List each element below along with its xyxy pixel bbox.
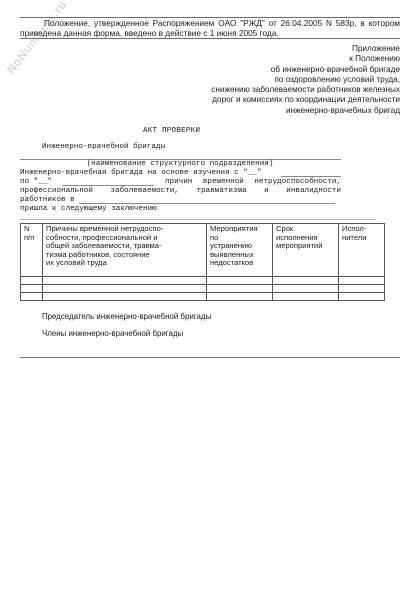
period-field[interactable]: [62, 178, 154, 186]
table-cell[interactable]: [21, 285, 43, 293]
table-cell[interactable]: [43, 293, 207, 301]
act-body: Инженерно-врачебная бригада на основе из…: [20, 169, 341, 214]
col-header-measures: Мероприятия по устранению выявленных нед…: [207, 224, 273, 277]
table-cell[interactable]: [207, 285, 273, 293]
appendix-reference: Приложение к Положению об инженерно-врач…: [140, 44, 400, 116]
body-word: травматизма: [196, 187, 246, 196]
table-row: [21, 277, 385, 285]
effective-notice: Положение, утвержденное Распоряжением ОА…: [20, 18, 400, 38]
col-header-number: N п/п: [21, 224, 43, 277]
col-header-executors: Испол- нители: [339, 224, 385, 277]
table-cell[interactable]: [339, 293, 385, 301]
body-line-4: работников в: [20, 196, 75, 205]
body-line-1: Инженерно-врачебная бригада на основе из…: [20, 169, 262, 178]
appendix-line: к Положению: [140, 54, 400, 64]
body-word: инвалидности: [286, 187, 341, 196]
appendix-line: инженерно-врачебных бригад: [140, 106, 400, 116]
bottom-rule: [20, 357, 400, 358]
chair-signature-label: Председатель инженерно-врачебной бригады: [42, 312, 211, 321]
findings-table: N п/п Причины временной нетрудоспо- собн…: [20, 223, 385, 301]
appendix-line: об инженерно-врачебной бригаде: [140, 65, 400, 75]
table-cell[interactable]: [43, 277, 207, 285]
table-cell[interactable]: [21, 293, 43, 301]
table-row: [21, 285, 385, 293]
body-line-5: пришла к следующему заключению: [20, 205, 157, 214]
subdivision-caption: (наименование структурного подразделения…: [20, 160, 340, 168]
notice-line-2: приведена данная форма, введено в действ…: [20, 28, 279, 38]
members-signature-label: Члены инженерно-врачебной бригады: [42, 329, 183, 338]
table-cell[interactable]: [273, 277, 339, 285]
table-cell[interactable]: [207, 293, 273, 301]
workers-unit-field[interactable]: [79, 196, 335, 204]
body-word: и: [264, 187, 269, 196]
col-header-causes: Причины временной нетрудоспо- собности, …: [43, 224, 207, 277]
table-cell[interactable]: [21, 277, 43, 285]
appendix-line: по оздоровлению условий труда,: [140, 75, 400, 85]
table-cell[interactable]: [339, 277, 385, 285]
body-word: нетрудоспособности,: [254, 178, 341, 187]
table-cell[interactable]: [273, 285, 339, 293]
body-word: причин: [165, 178, 192, 187]
body-word: временной: [203, 178, 244, 187]
appendix-line: снижению заболеваемости работников желез…: [140, 85, 400, 95]
brigade-label: Инженерно-врачебной бригады: [42, 143, 165, 151]
table-row: [21, 293, 385, 301]
table-cell[interactable]: [207, 277, 273, 285]
col-header-deadline: Срок исполнения мероприятий: [273, 224, 339, 277]
table-cell[interactable]: [273, 293, 339, 301]
body-underline: [20, 219, 375, 220]
table-header-row: N п/п Причины временной нетрудоспо- собн…: [21, 224, 385, 277]
appendix-line: Приложение: [140, 44, 400, 54]
act-title: АКТ ПРОВЕРКИ: [143, 127, 200, 135]
appendix-line: дорог и комиссиях по координации деятель…: [140, 95, 400, 105]
table-cell[interactable]: [339, 285, 385, 293]
table-cell[interactable]: [43, 285, 207, 293]
body-word: профессиональной: [20, 187, 93, 196]
body-word: заболеваемости,: [111, 187, 179, 196]
body-line-2-prefix: по "__": [20, 178, 52, 187]
notice-line-1: Положение, утвержденное Распоряжением ОА…: [20, 18, 400, 28]
date-to-field[interactable]: [281, 169, 341, 177]
notice-bottom-rule: [20, 38, 400, 39]
